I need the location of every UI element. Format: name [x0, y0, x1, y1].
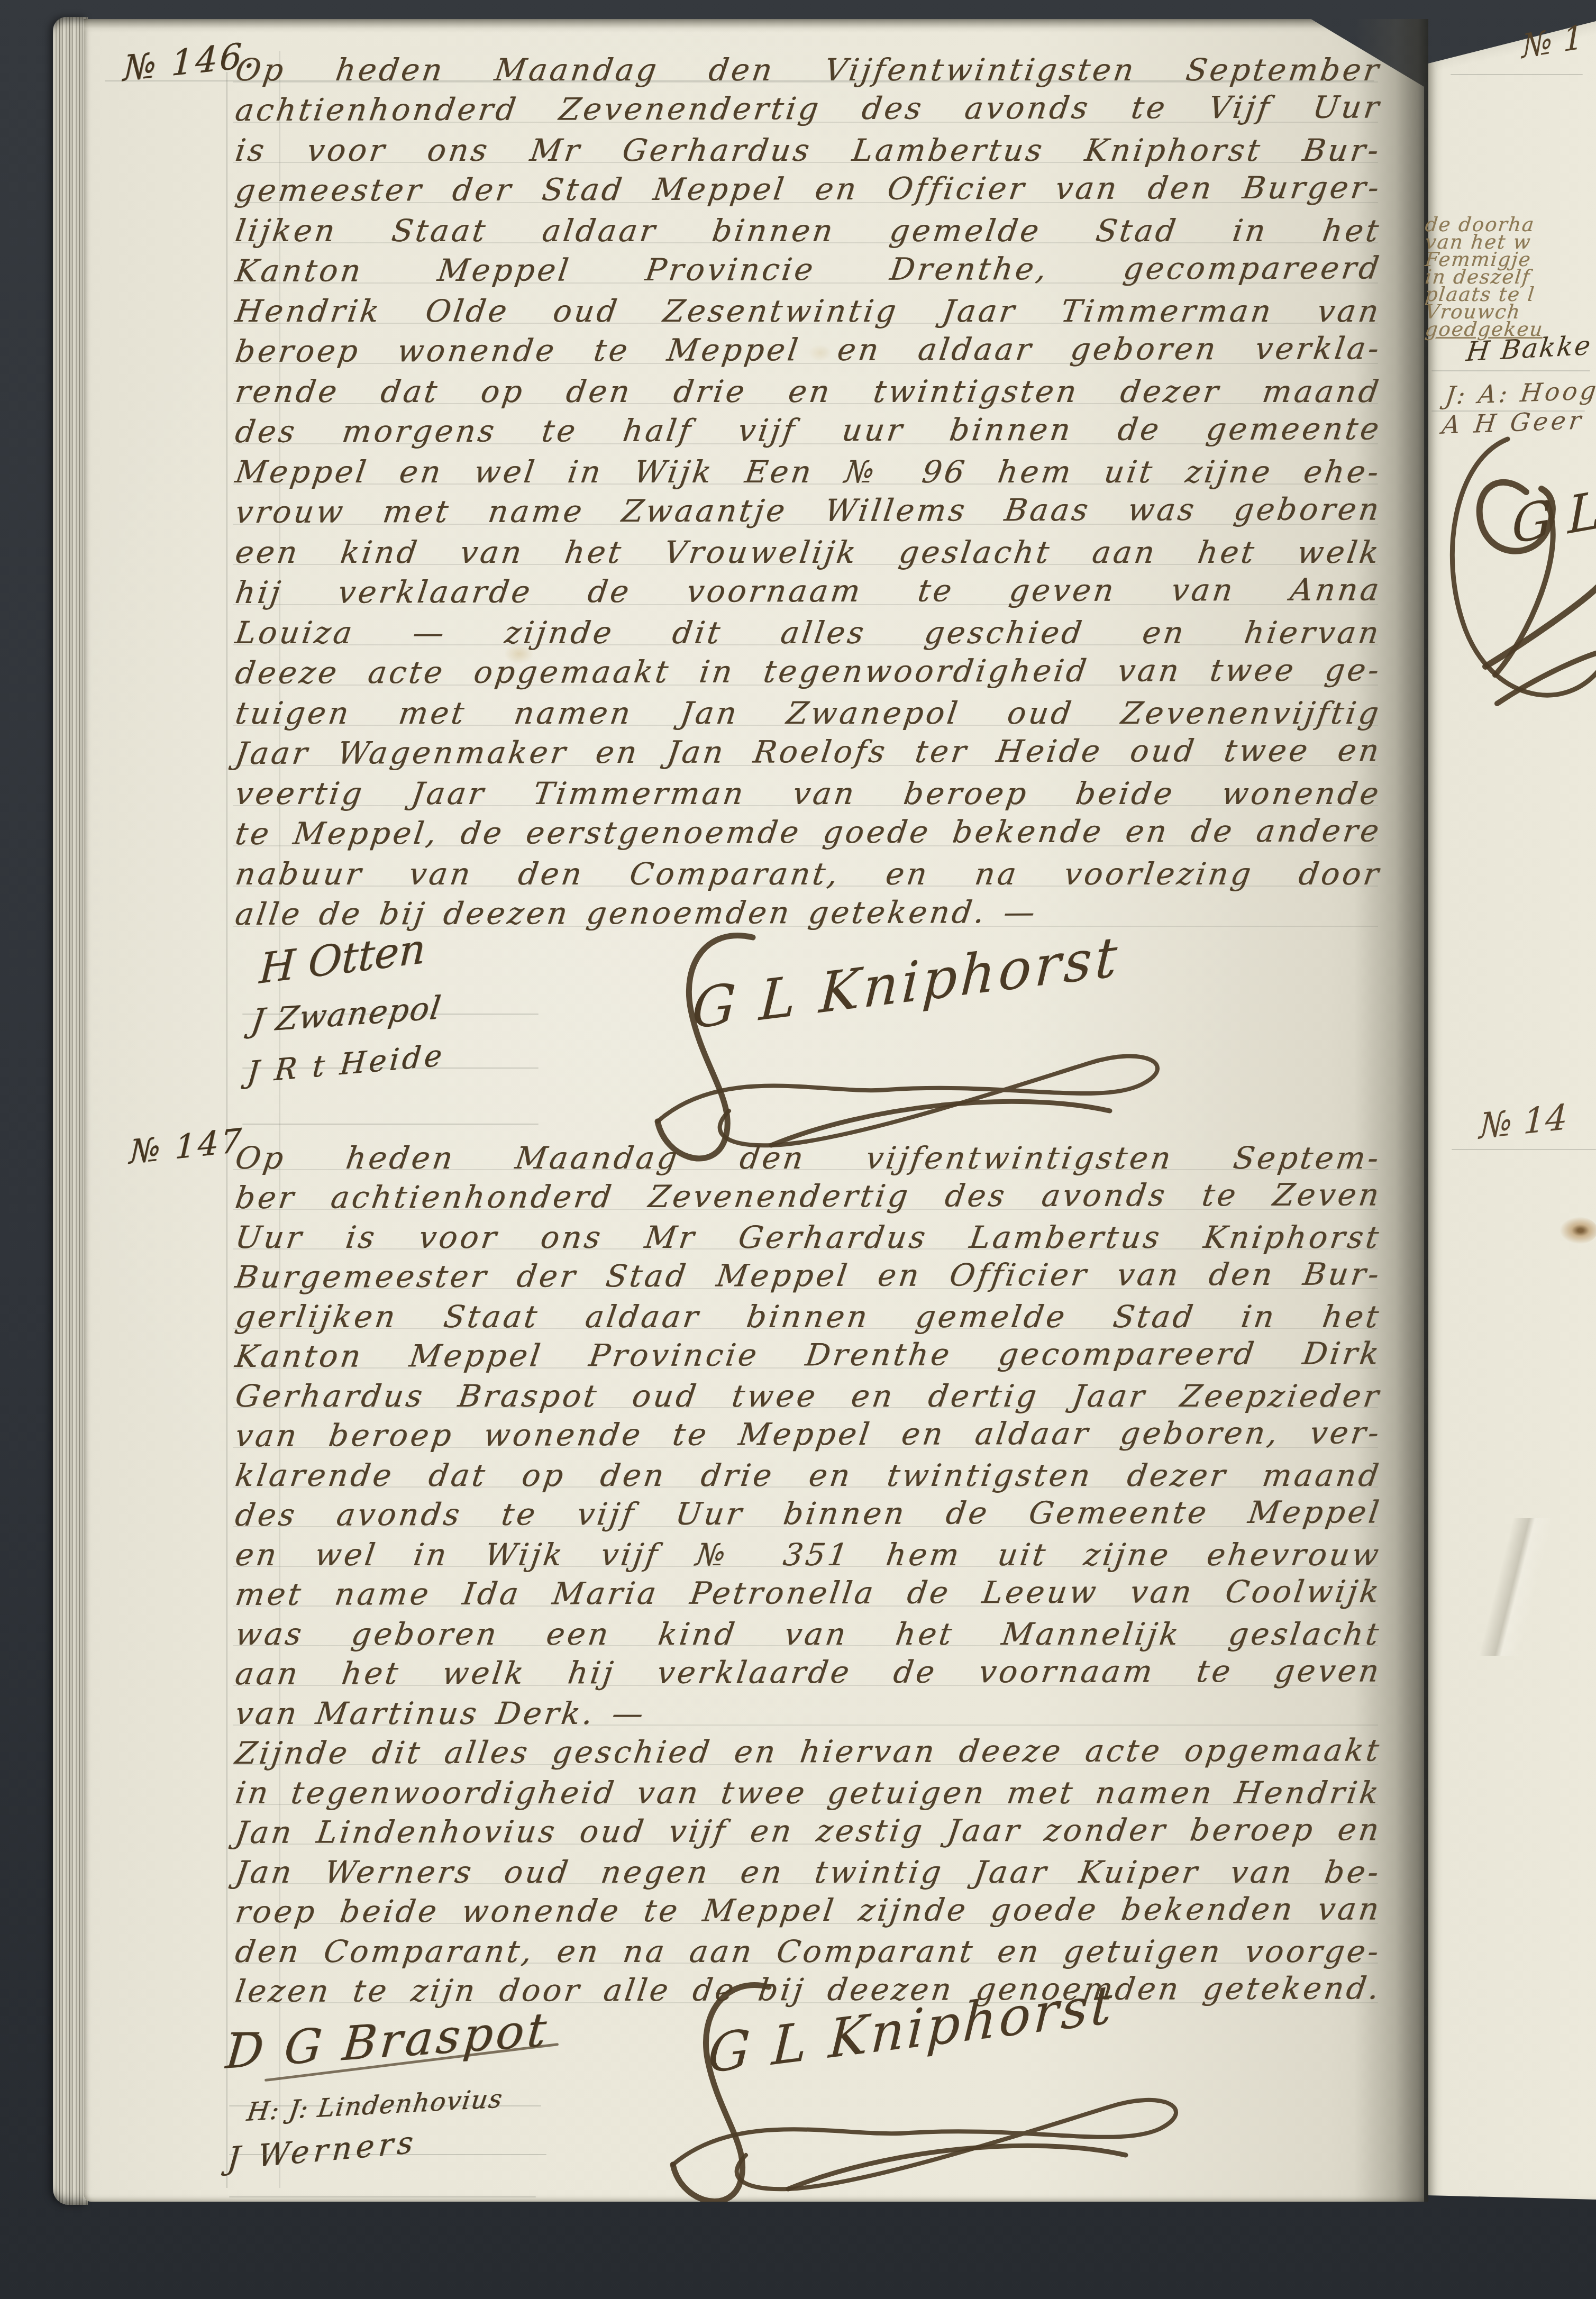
text-line: Kanton Meppel Provincie Drenthe, gecompa… — [233, 248, 1384, 291]
text-line: een kind van het Vrouwelijk geslacht aan… — [233, 532, 1384, 572]
text-line: Jaar Wagenmaker en Jan Roelofs ter Heide… — [233, 730, 1384, 773]
text-line: vrouw met name Zwaantje Willems Baas was… — [233, 489, 1384, 532]
text-line: Kanton Meppel Provincie Drenthe gecompar… — [233, 1334, 1384, 1376]
text-line: is voor ons Mr Gerhardus Lambertus Kniph… — [233, 130, 1384, 170]
text-line: tuigen met namen Jan Zwanepol oud Zevene… — [233, 693, 1384, 733]
text-line: klarende dat op den drie en twintigsten … — [233, 1456, 1384, 1495]
text-line: ber achtienhonderd Zevenendertig des avo… — [233, 1175, 1384, 1218]
text-line: hij verklaarde de voornaam te geven van … — [233, 569, 1384, 613]
ink-stain — [1559, 1217, 1596, 1244]
text-line: Uur is voor ons Mr Gerhardus Lambertus K… — [233, 1218, 1384, 1257]
archival-scan: № 146. Op heden Maandag den Vijfentwinti… — [0, 0, 1596, 2299]
entry-147-body-text: Op heden Maandag den vijfentwintigsten S… — [233, 1138, 1378, 2011]
text-line: was geboren een kind van het Mannelijk g… — [233, 1614, 1384, 1654]
signature-guide — [242, 1124, 539, 1125]
svg-text:G L Kniphorst: G L Kniphorst — [690, 924, 1122, 1042]
text-line: Op heden Maandag den Vijfentwintigsten S… — [233, 50, 1384, 90]
book-page-stack-edge — [53, 17, 88, 2205]
paper-stain — [504, 643, 534, 664]
text-line: veertig Jaar Timmerman van beroep beide … — [233, 773, 1384, 814]
text-line: van Martinus Derk. — — [233, 1694, 1384, 1734]
text-line: in tegenwoordigheid van twee getuigen me… — [233, 1773, 1384, 1813]
page-crease — [1428, 1518, 1596, 1656]
registry-left-page: № 146. Op heden Maandag den Vijfentwinti… — [84, 19, 1424, 2202]
text-line: Gerhardus Braspot oud twee en dertig Jaa… — [233, 1376, 1384, 1416]
entry-146-witness-signatures: H OttenJ ZwanepolJ R t Heide — [242, 946, 591, 1090]
signature-guide — [229, 2105, 541, 2106]
text-line: achtienhonderd Zevenendertig des avonds … — [233, 87, 1384, 130]
entry-146-body-text: Op heden Maandag den Vijfentwintigsten S… — [233, 50, 1378, 934]
official-signature-kniphorst-entry-147: G L Kniphorst — [560, 1976, 1258, 2198]
text-line: nabuur van den Comparant, en na voorlezi… — [233, 854, 1384, 894]
signature-guide — [242, 1014, 539, 1015]
official-signature-kniphorst-right-page: G L — [1423, 418, 1596, 735]
text-line: Meppel en wel in Wijk Een № 96 hem uit z… — [233, 452, 1384, 492]
text-line: en wel in Wijk vijf № 351 hem uit zijne … — [233, 1535, 1384, 1575]
text-line: des avonds te vijf Uur binnen de Gemeent… — [233, 1492, 1384, 1535]
text-line: Zijnde dit alles geschied en hiervan dee… — [233, 1730, 1384, 1773]
book-gutter-fold-shadow — [1354, 19, 1428, 2202]
text-line: Op heden Maandag den vijfentwintigsten S… — [233, 1138, 1384, 1178]
text-line: Jan Werners oud negen en twintig Jaar Ku… — [233, 1853, 1384, 1892]
text-line: gerlijken Staat aldaar binnen gemelde St… — [233, 1297, 1384, 1337]
text-line: Louiza — zijnde dit alles geschied en hi… — [233, 613, 1384, 653]
text-line: den Comparant, en na aan Comparant en ge… — [233, 1932, 1384, 1972]
right-page-margin-note: de doorhavan het wFemmigjein deszelfplaa… — [1425, 216, 1543, 338]
right-page-guide — [1451, 74, 1583, 75]
official-signature-kniphorst-entry-146: G L Kniphorst — [549, 931, 1258, 1158]
text-line: Jan Lindenhovius oud vijf en zestig Jaar… — [233, 1810, 1384, 1853]
text-line: deeze acte opgemaakt in tegenwoordigheid… — [233, 650, 1384, 693]
paper-stain — [808, 344, 832, 361]
text-line: gemeester der Stad Meppel en Officier va… — [233, 167, 1384, 211]
text-line: des morgens te half vijf uur binnen de g… — [233, 408, 1384, 452]
text-line: aan het welk hij verklaarde de voornaam … — [233, 1651, 1384, 1694]
text-line: Hendrik Olde oud Zesentwintig Jaar Timme… — [233, 291, 1384, 331]
text-line: Burgemeester der Stad Meppel en Officier… — [233, 1254, 1384, 1297]
signature-guide — [229, 2196, 536, 2197]
right-page-guide — [1452, 1149, 1596, 1150]
witness-signature-fragment: J: A: Hoog — [1444, 376, 1596, 410]
text-line: roep beide wonende te Meppel zijnde goed… — [233, 1889, 1384, 1932]
text-line: te Meppel, de eerstgenoemde goede bekend… — [233, 810, 1384, 854]
text-line: van beroep wonende te Meppel en aldaar g… — [233, 1413, 1384, 1456]
right-page-guide — [1431, 370, 1590, 371]
signature-guide — [242, 1068, 539, 1069]
text-line: lijken Staat aldaar binnen gemelde Stad … — [233, 211, 1384, 251]
text-line: rende dat op den drie en twintigsten dez… — [233, 371, 1384, 412]
text-line: met name Ida Maria Petronella de Leeuw v… — [233, 1572, 1384, 1614]
signature-guide — [229, 2154, 546, 2155]
